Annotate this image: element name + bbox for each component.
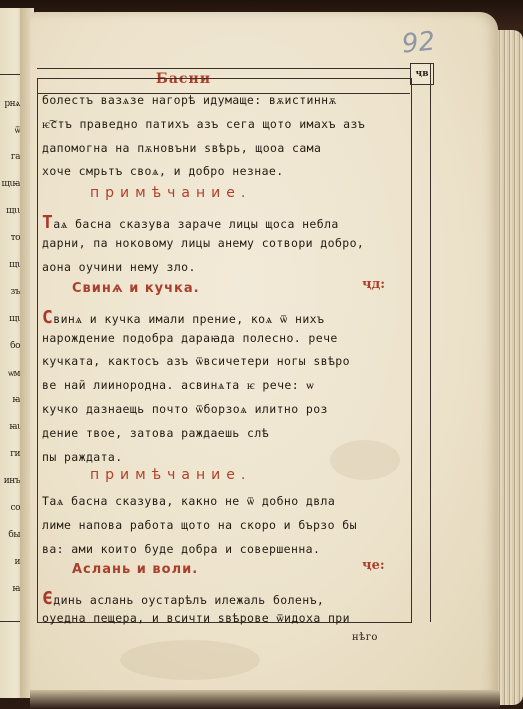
line-text: ва: ами които буде добра и совершенна. xyxy=(42,542,320,556)
line-text: нарождение подобра дараꙗда полесно. рече xyxy=(42,331,338,345)
facing-page-fragment: щιꙗ xyxy=(0,179,20,189)
facing-page-fragment: инъ xyxy=(0,476,20,486)
facing-page-fragment: ѡм xyxy=(0,368,20,379)
manuscript-line: Таѧ басна сказува зараче лицы щоса небла xyxy=(42,212,410,233)
manuscript-line: кучко дазнаещь почто ѿборзоѧ илитно роз xyxy=(42,402,410,416)
facing-page-fragment: рнѧ xyxy=(0,98,20,109)
manuscript-line: лиме напова работа щото на скоро и бързо… xyxy=(42,518,410,532)
line-text: лиме напова работа щото на скоро и бързо… xyxy=(42,518,357,532)
catchword: нѣго xyxy=(352,632,378,643)
line-text: Таѧ басна сказува, какно не ѿ добно двла xyxy=(42,494,335,508)
manuscript-line: нарождение подобра дараꙗда полесно. рече xyxy=(42,331,410,345)
rubric-heading: примѣчание. xyxy=(90,467,251,483)
manuscript-line: Єдинь аслань оустарѣлъ илежаль боленъ, xyxy=(42,588,410,609)
facing-page-fragment: га xyxy=(0,152,20,162)
pencil-folio-number: 92 xyxy=(401,26,437,59)
facing-page-fragment: ꙗ xyxy=(0,584,20,594)
line-text: аѧ басна сказува зараче лицы щоса небла xyxy=(53,217,338,231)
line-text: ѥ͠стъ праведно патихъ азъ сега щото имах… xyxy=(42,117,365,131)
line-text: аона оучини нему зло. xyxy=(42,260,196,274)
line-text: дарни, па ноковому лицы анему сотвори до… xyxy=(42,236,364,250)
facing-page-fragment: бо xyxy=(0,341,20,351)
facing-page-fragment: щι xyxy=(0,314,20,324)
line-text: оуедна пещера, и всичти ѕвѣрове ѿидоха п… xyxy=(42,611,350,625)
rubric-heading: примѣчание. xyxy=(90,185,251,201)
facing-page-fragment: ꙗ xyxy=(0,395,20,405)
fable-title: Свинѧ и кучка. xyxy=(72,281,200,296)
manuscript-line: аона оучини нему зло. xyxy=(42,260,410,274)
line-text: кучко дазнаещь почто ѿборзоѧ илитно роз xyxy=(42,402,328,416)
line-text: динь аслань оустарѣлъ илежаль боленъ, xyxy=(53,593,324,607)
facing-page-fragment: бы xyxy=(0,530,20,540)
page-bottom-edge xyxy=(30,690,500,709)
facing-page-fragment: ѿ xyxy=(0,125,20,136)
facing-page-fragment: щι xyxy=(0,260,20,270)
facing-page-fragment: ꙗι xyxy=(0,422,20,432)
manuscript-line: дарни, па ноковому лицы анему сотвори до… xyxy=(42,236,410,250)
manuscript-line: дапомогна на пѫновъни ѕвѣрь, щооа сама xyxy=(42,141,410,155)
manuscript-line: хоче смрьтъ своѧ, и добро незнае. xyxy=(42,164,410,178)
manuscript-line: Свинѧ и кучка имали прение, коѧ ѿ нихъ xyxy=(42,307,410,328)
manuscript-line: дение твое, затова раждаешь слѣ xyxy=(42,426,410,440)
facing-page-fragment: и xyxy=(0,557,20,567)
rubricated-initial: Є xyxy=(42,588,53,609)
fable-number: ҷд: xyxy=(362,277,385,292)
manuscript-line: кучката, кактосъ азъ ѿвсичетери ногы ѕвѣ… xyxy=(42,354,410,368)
line-text: кучката, кактосъ азъ ѿвсичетери ногы ѕвѣ… xyxy=(42,354,350,368)
line-text: винѧ и кучка имали прение, коѧ ѿ нихъ xyxy=(53,312,324,326)
paper-stain xyxy=(120,640,260,680)
facing-page-fragment: со xyxy=(0,503,20,513)
fable-title: Аслань и воли. xyxy=(72,562,198,577)
manuscript-line: ве най лиинородна. асвинѧта ѥ рече: ѡ xyxy=(42,378,410,392)
rubricated-initial: Т xyxy=(42,212,53,233)
facing-page-fragment: ги xyxy=(0,449,20,459)
manuscript-line: оуедна пещера, и всичти ѕвѣрове ѿидоха п… xyxy=(42,611,410,625)
rubricated-initial: С xyxy=(42,307,53,328)
line-text: болестъ вазѧзе нагорѣ идумаще: вѫистиннѫ xyxy=(42,93,337,107)
fable-number: ҷе: xyxy=(362,558,385,573)
manuscript-line: ѥ͠стъ праведно патихъ азъ сега щото имах… xyxy=(42,117,410,131)
manuscript-line: пы раждата. xyxy=(42,450,410,464)
line-text: дение твое, затова раждаешь слѣ xyxy=(42,426,269,440)
manuscript-line: Таѧ басна сказува, какно не ѿ добно двла xyxy=(42,494,410,508)
manuscript-line: болестъ вазѧзе нагорѣ идумаще: вѫистиннѫ xyxy=(42,93,410,107)
facing-page-fragment: зъ xyxy=(0,287,20,297)
manuscript-line: ва: ами които буде добра и совершенна. xyxy=(42,542,410,556)
margin-rule xyxy=(430,64,431,622)
line-text: пы раждата. xyxy=(42,450,123,464)
line-text: дапомогна на пѫновъни ѕвѣрь, щооа сама xyxy=(42,141,321,155)
line-text: хоче смрьтъ своѧ, и добро незнае. xyxy=(42,164,284,178)
line-text: ве най лиинородна. асвинѧта ѥ рече: ѡ xyxy=(42,378,314,392)
facing-page-fragment: то xyxy=(0,233,20,243)
facing-page-fragment: щιι xyxy=(0,206,20,216)
